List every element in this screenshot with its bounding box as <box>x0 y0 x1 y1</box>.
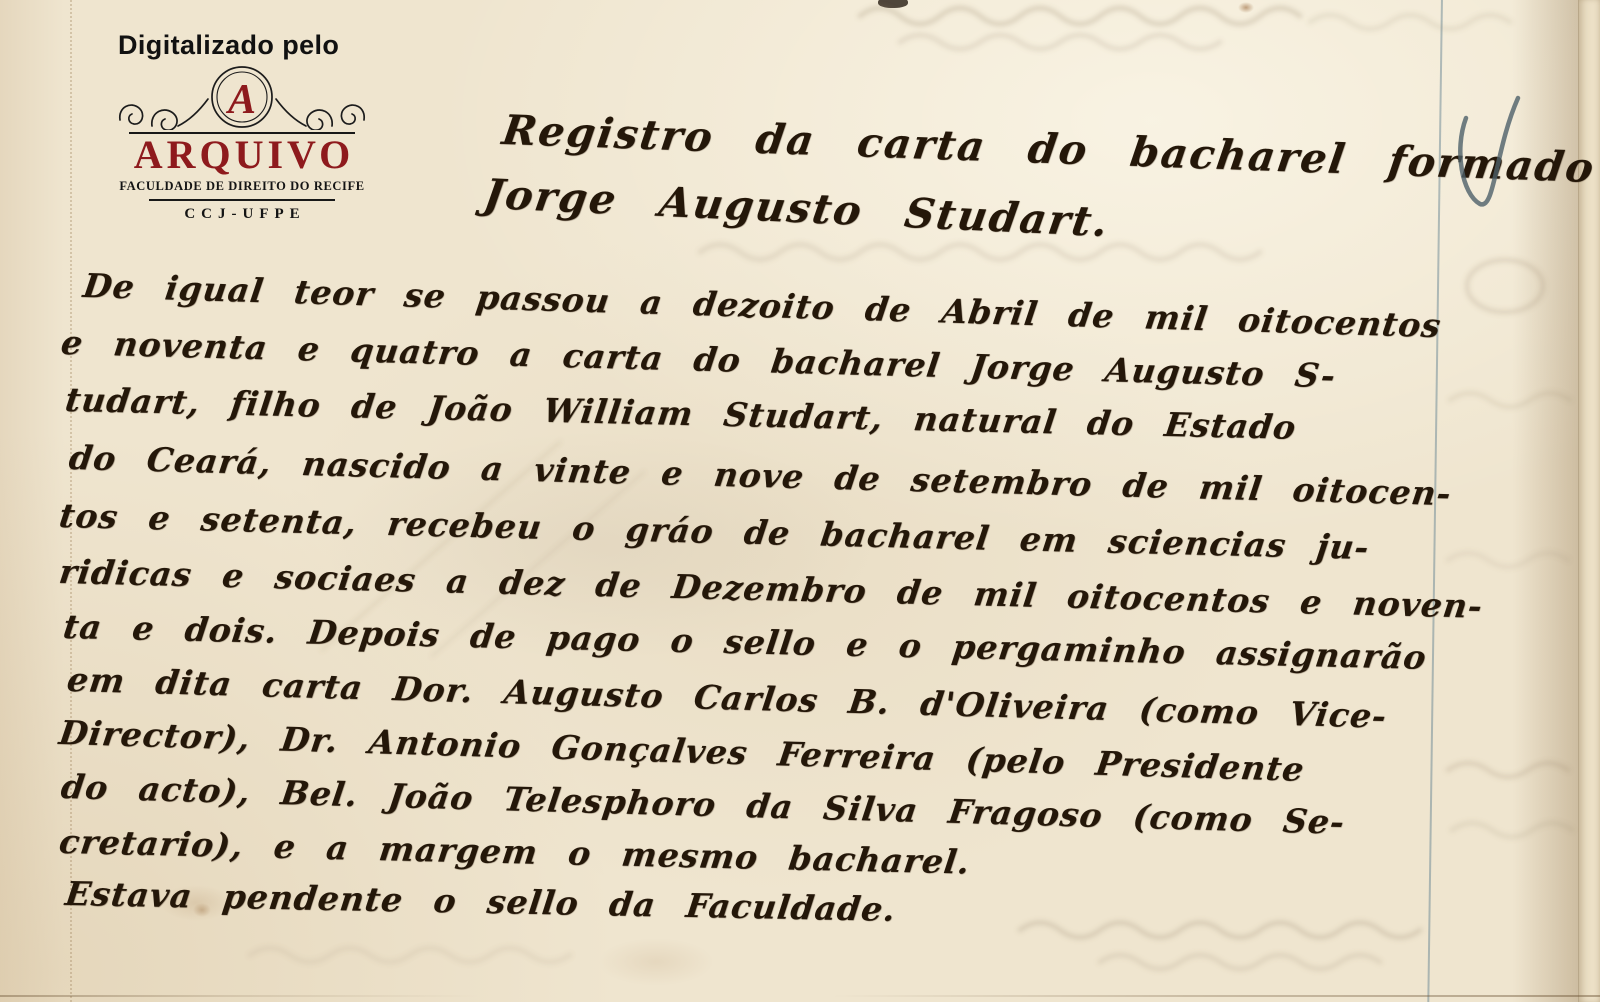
archive-name: ARQUIVO <box>116 135 368 175</box>
watermark-prefix-text: Digitalizado pelo <box>118 30 368 61</box>
emblem-rule-bottom <box>149 199 335 201</box>
faculty-name: FACULDADE DE DIREITO DO RECIFE <box>116 179 368 194</box>
archive-emblem-icon: A <box>116 64 368 130</box>
emblem-letter: A <box>225 77 256 123</box>
pencil-check-mark <box>1448 90 1540 222</box>
scanned-document-page: Digitalizado pelo A ARQUIVO FACULDADE DE… <box>0 0 1600 1002</box>
archive-watermark: Digitalizado pelo A ARQUIVO FACULDADE DE… <box>116 30 368 223</box>
org-unit: CCJ-UFPE <box>116 206 368 223</box>
